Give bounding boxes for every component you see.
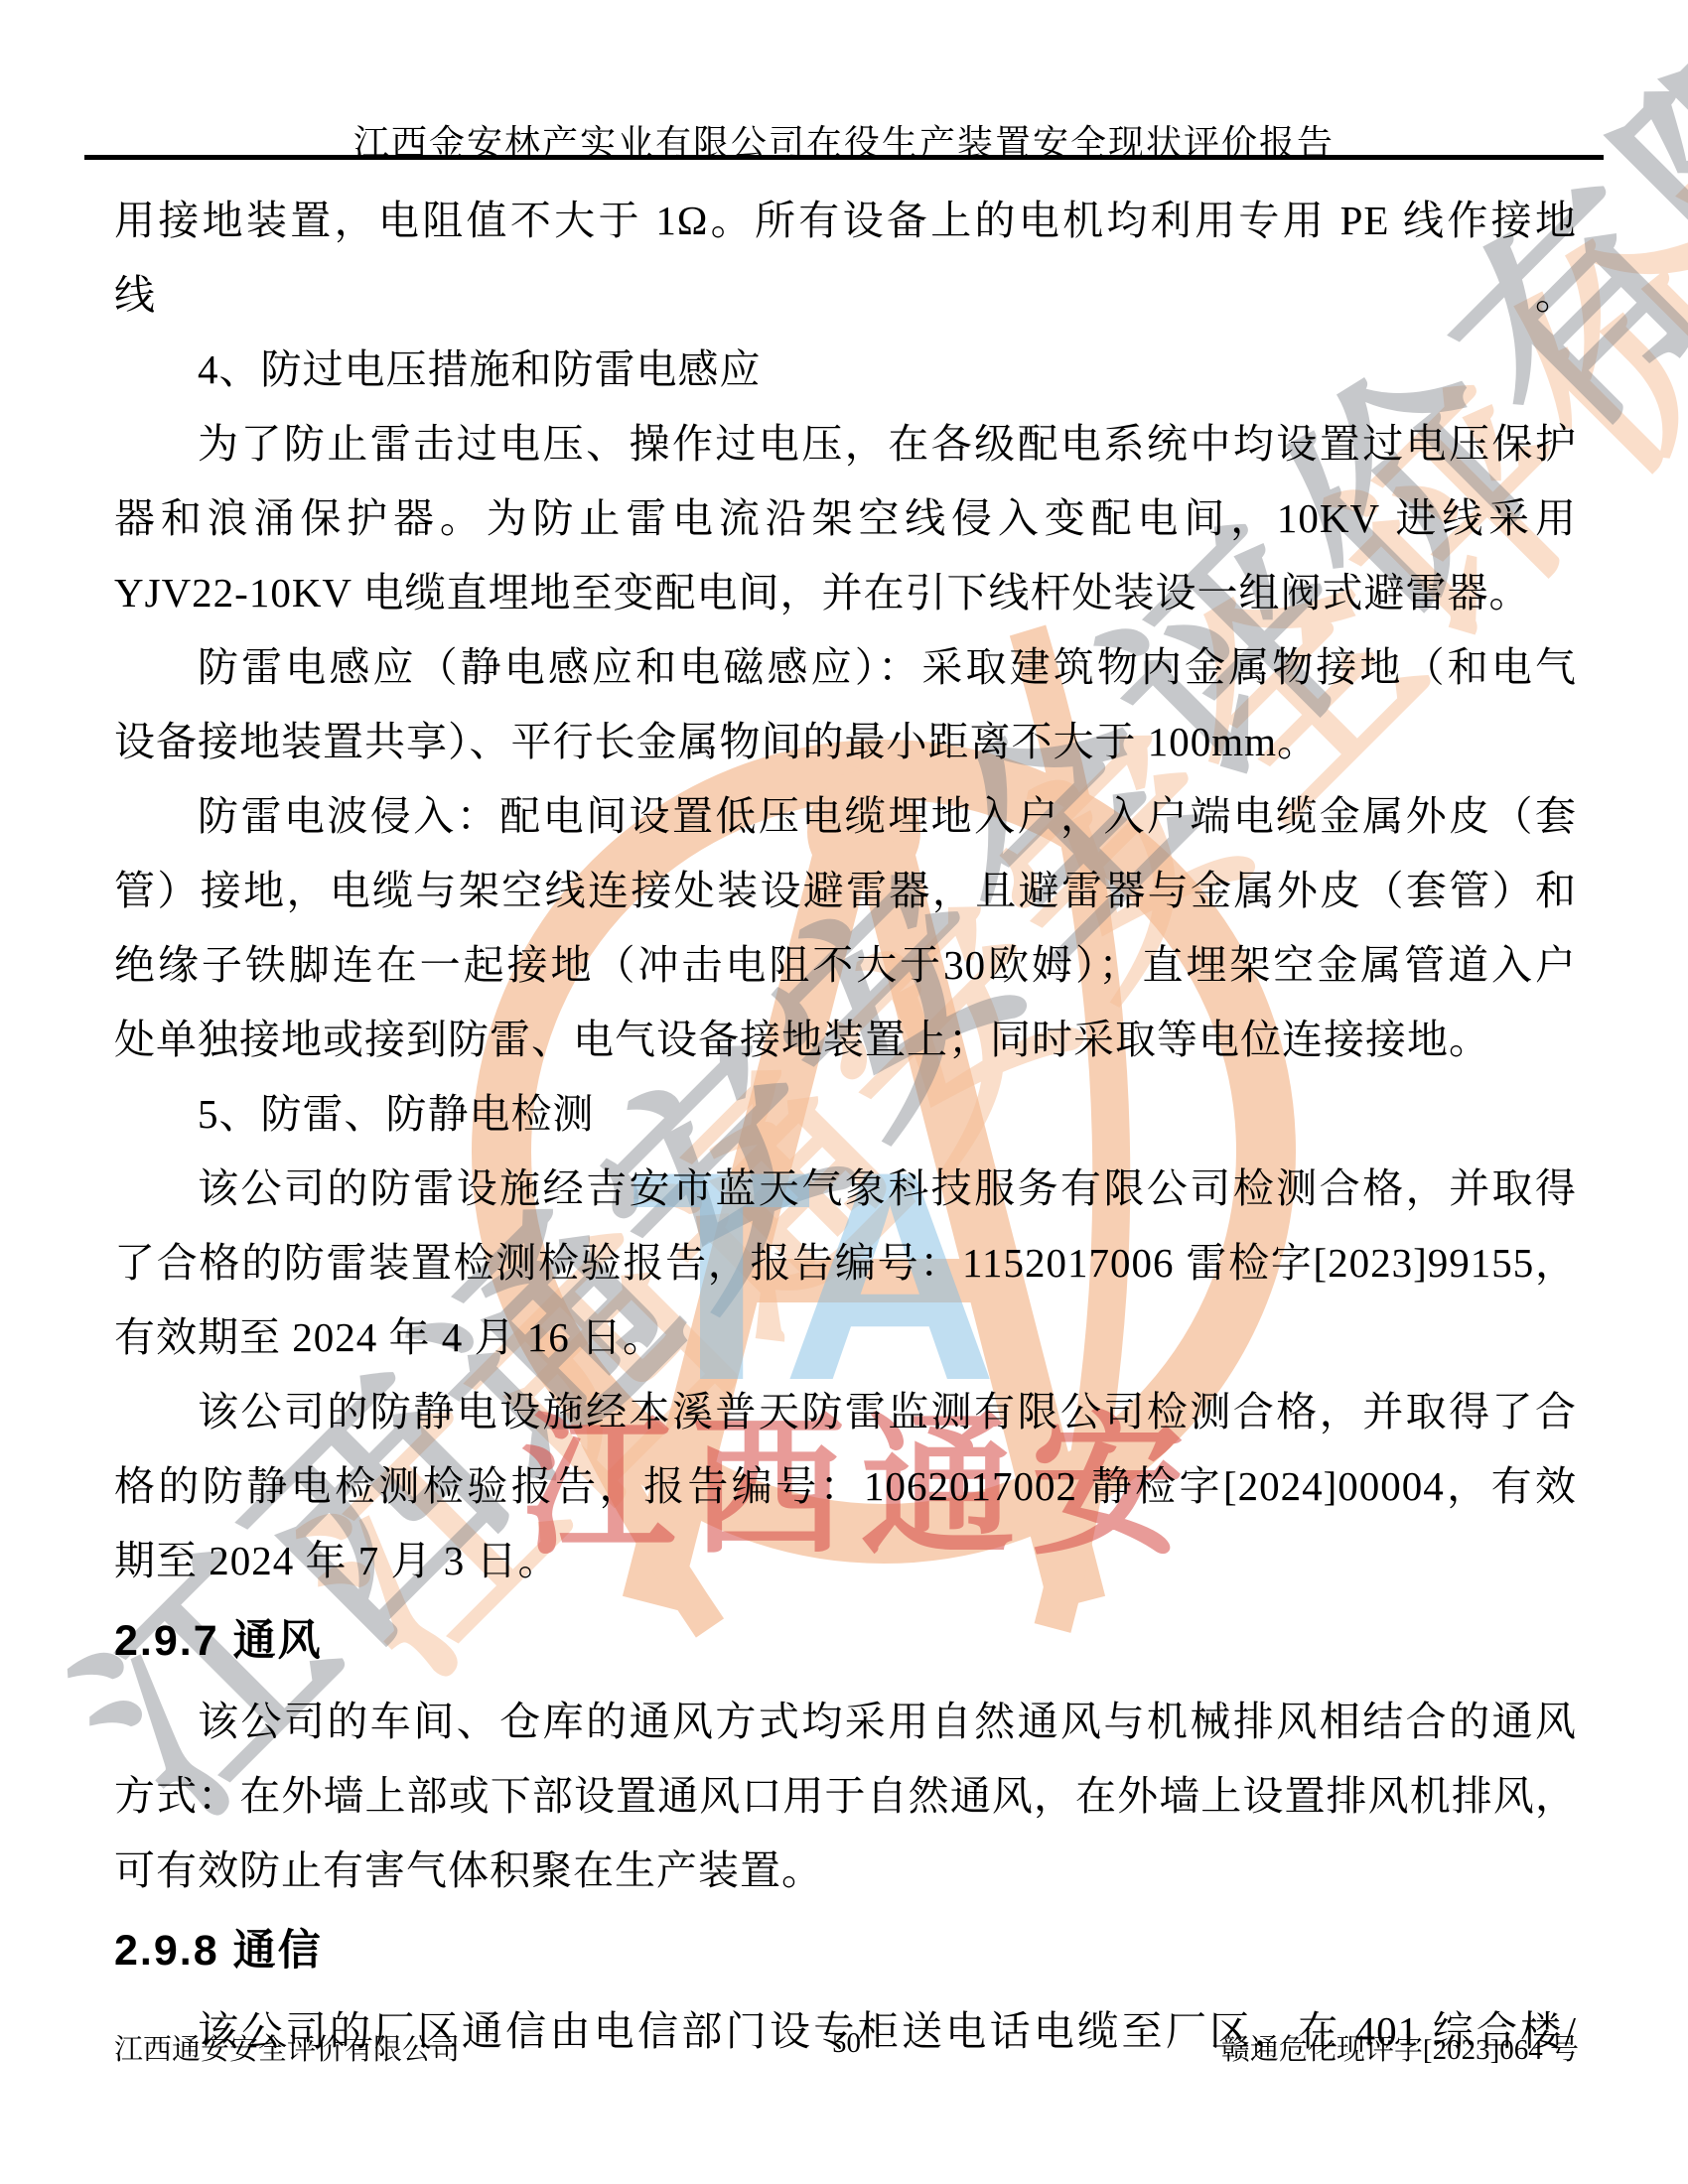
body-line: YJV22-10KV 电缆直埋地至变配电间，并在引下线杆处装设一组阀式避雷器。 xyxy=(114,556,1577,630)
body-line: 该公司的防静电设施经本溪普天防雷监测有限公司检测合格，并取得了合 xyxy=(114,1375,1577,1449)
body-line: 该公司的车间、仓库的通风方式均采用自然通风与机械排风相结合的通风 xyxy=(114,1685,1577,1759)
body-line: 处单独接地或接到防雷、电气设备接地装置上；同时采取等电位连接接地。 xyxy=(114,1003,1577,1077)
section-heading-2-9-7: 2.9.7 通风 xyxy=(114,1604,1577,1679)
body-line: 该公司的防雷设施经吉安市蓝天气象科技服务有限公司检测合格，并取得 xyxy=(114,1152,1577,1226)
body-line: 4、防过电压措施和防雷电感应 xyxy=(114,333,1577,407)
body-line: 防雷电波侵入：配电间设置低压电缆埋地入户，入户端电缆金属外皮（套 xyxy=(114,779,1577,854)
body-line: 管）接地，电缆与架空线连接处装设避雷器，且避雷器与金属外皮（套管）和 xyxy=(114,854,1577,928)
footer-document-number: 赣通危化现评字[2023]064 号 xyxy=(1221,2027,1579,2068)
body-line: 有效期至 2024 年 4 月 16 日。 xyxy=(114,1300,1577,1375)
body-line: 设备接地装置共享）、平行长金属物间的最小距离不大于 100mm。 xyxy=(114,705,1577,779)
body-line: 方式：在外墙上部或下部设置通风口用于自然通风，在外墙上设置排风机排风， xyxy=(114,1759,1577,1834)
body-line: 5、防雷、防静电检测 xyxy=(114,1077,1577,1152)
body-line: 格的防静电检测检验报告，报告编号：1062017002 静检字[2024]000… xyxy=(114,1449,1577,1524)
report-page: 江西通安安全评价有限公司 江西通安安全评价有限公司 TA 江西通安 江西金安林产… xyxy=(0,0,1688,2184)
section-heading-2-9-8: 2.9.8 通信 xyxy=(114,1914,1577,1988)
body-line: 为了防止雷击过电压、操作过电压，在各级配电系统中均设置过电压保护 xyxy=(114,407,1577,481)
body-line: 期至 2024 年 7 月 3 日。 xyxy=(114,1524,1577,1598)
body-line: 绝缘子铁脚连在一起接地（冲击电阻不大于30欧姆）；直埋架空金属管道入户 xyxy=(114,928,1577,1003)
body-line: 用接地装置，电阻值不大于 1Ω。所有设备上的电机均利用专用 PE 线作接地线。 xyxy=(114,184,1577,333)
body-line: 了合格的防雷装置检测检验报告，报告编号：1152017006 雷检字[2023]… xyxy=(114,1226,1577,1300)
document-body: 用接地装置，电阻值不大于 1Ω。所有设备上的电机均利用专用 PE 线作接地线。 … xyxy=(114,184,1577,2069)
body-line: 器和浪涌保护器。为防止雷电流沿架空线侵入变配电间，10KV 进线采用 xyxy=(114,481,1577,556)
body-line: 可有效防止有害气体积聚在生产装置。 xyxy=(114,1834,1577,1908)
header-rule xyxy=(84,155,1604,160)
body-line: 防雷电感应（静电感应和电磁感应）：采取建筑物内金属物接地（和电气 xyxy=(114,630,1577,705)
